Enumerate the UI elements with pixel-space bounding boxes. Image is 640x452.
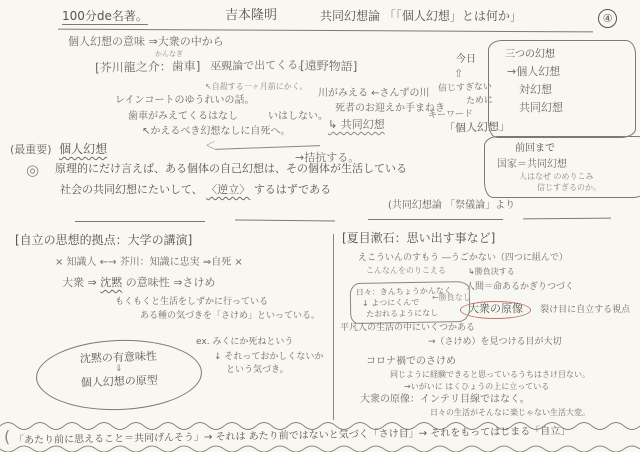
keyword-up-arrow-icon: ⇧ [454, 68, 463, 81]
three-fantasies-title: 三つの幻想 [505, 45, 627, 60]
series-title-text: 100分de名著。 [62, 9, 148, 25]
divider-segment [235, 219, 335, 221]
jiritsu-line4: ある種の気づきを「さけめ」といっている。 [140, 311, 320, 321]
header-underline [58, 29, 593, 33]
previous-episode-line2: 人はなぜ のめりこみ [519, 171, 639, 182]
corona-line2: 同じように経験できると思っているうちはさけ目ない。 [390, 370, 590, 379]
previous-episode-line3: 信じすぎるのか。 [537, 182, 639, 193]
quote-gyakuritsu: 〈逆立〉 [206, 183, 250, 196]
quote-line2c: するはずである [254, 183, 331, 196]
akutagawa-line3: ↖かえるべき幻想なしに自死へ。 [142, 126, 290, 138]
soseki-bubble3: たおれるようになし [366, 307, 464, 320]
jiritsu-line2a: 大衆 ⇒ [62, 276, 97, 289]
three-fantasies-item-3: 共同幻想 [519, 99, 627, 115]
akutagawa-line1: レインコートのゆうれいの話。 [115, 95, 255, 107]
jiritsu-line1: × 知識人 ←→ 芥川：知識に忠実 ⇒自死 × [55, 257, 243, 269]
tono-line3-text: ↳ 共同幻想 [328, 118, 385, 131]
jiritsu-ex2: ↓ それっておかしくないか [214, 352, 323, 362]
soseki-heading: [夏目漱石：思い出す事など] [342, 232, 495, 246]
taishu-genzo-term: 大衆の原像 [460, 301, 531, 319]
tono-line1: 川がみえる ←さんずの川 [318, 88, 430, 100]
three-fantasies-item-1: →個人幻想 [507, 63, 627, 79]
page-title: 共同幻想論 「「個人幻想」とは何か」 [320, 10, 522, 24]
corona-line4: 大衆の原像：インテリ目線ではなく。 [360, 394, 530, 406]
three-fantasies-item-2: 対幻想 [519, 81, 627, 97]
episode-number-text: ④ [598, 9, 617, 28]
left-arrow-line [215, 145, 320, 150]
jiritsu-line3: もくもくと生活をしずかに行っている [115, 297, 268, 307]
soseki-line3: 裂け目に自立する視点 [540, 305, 630, 315]
soseki-line1b: こんなんをのりこえる [366, 266, 446, 275]
soseki-bubble: 日々：きんちょうかんなく ↓ よつにくんで たおれるようになし [350, 281, 471, 324]
jiritsu-line2: 大衆 ⇒ 沈黙 の意味性 ⇒さけめ [62, 277, 215, 290]
conclusion-oval: 沈黙の有意味性 ⇓ 個人幻想の原型 [35, 337, 203, 413]
tono-line3: ↳ 共同幻想 [328, 119, 385, 132]
kojin-label: (最重要) [10, 143, 52, 156]
intro-line: 個人幻想の意味 ⇒大衆の中から [68, 36, 224, 49]
soseki-line4: 平凡人の生活の中にいくつかある [340, 323, 475, 333]
quote-source: (共同幻想論 「祭儀論」より [388, 200, 515, 212]
three-fantasies-box: 三つの幻想 →個人幻想 対幻想 共同幻想 [488, 40, 636, 138]
akutagawa-line2: 歯車がみえてくるはなし [128, 111, 238, 123]
tono-heading: [遠野物語] [300, 60, 358, 75]
episode-number: ④ [598, 8, 617, 28]
divider-segment [75, 221, 205, 222]
jiritsu-ex3: という気づき。 [226, 365, 289, 375]
jiritsu-heading: [自立の思想的拠点：大学の講演] [15, 234, 192, 248]
jiritsu-line2c: の意味性 ⇒さけめ [126, 276, 216, 289]
divider-segment [523, 218, 611, 220]
keyword-line3: キーワード [428, 109, 473, 121]
kojin-label-group: (最重要) 個人幻想 [10, 143, 107, 157]
akutagawa-heading: [芥川龍之介：歯車] 巫覡論で出てくる。 [95, 58, 309, 76]
corona-line1: コロナ禍でのさけめ [366, 356, 456, 368]
previous-episode-line1: 国家＝共同幻想 [497, 155, 639, 170]
quote-line1: 原理的にだけ言えば、ある個体の自己幻想は、その個体が生活している [55, 163, 407, 176]
akutagawa-line2b: いはしない。 [268, 111, 328, 123]
column-divider [333, 234, 334, 420]
keyword-today: 今日 [456, 54, 476, 66]
soseki-line5: →（さけめ）を見つける目が大切 [428, 337, 562, 347]
soseki-line2: 人間＝命あるかぎりつづく [466, 282, 574, 292]
previous-episode-box: 前回まで 国家＝共同幻想 人はなぜ のめりこみ 信じすぎるのか。 [484, 136, 640, 198]
left-arrow-glyph: ＜ [205, 140, 216, 153]
author-name: 吉本隆明 [225, 9, 277, 24]
jiritsu-ex1: ex. みくにか死ねという [196, 337, 293, 347]
series-title: 100分de名著。 [62, 10, 148, 24]
akutagawa-heading-text: [芥川龍之介：歯車] [95, 59, 201, 75]
furigana-note: かんなぎ [155, 50, 183, 58]
kojin-term: 個人幻想 [59, 142, 107, 156]
jiritsu-chinmoku: 沈黙 [100, 276, 122, 289]
corona-line3: →いがいに はくひょうの上に立っている [404, 382, 549, 391]
quote-line2: 社会の共同幻想にたいして、 〈逆立〉 するはずである [60, 184, 331, 197]
previous-episode-title: 前回まで [515, 139, 639, 154]
divider-segment [368, 219, 503, 220]
soseki-line1: えこういんのすもう ―うごかない（四つに組んで） [358, 253, 568, 263]
akutagawa-fugeki-text: 巫覡論で出てくる。 [210, 58, 309, 73]
handwritten-notes-page: 100分de名著。 吉本隆明 共同幻想論 「「個人幻想」とは何か」 ④ 個人幻想… [0, 0, 640, 452]
akutagawa-note: ↖自殺する一ヶ月前にかく。 [205, 82, 308, 91]
taishu-genzo-group: 大衆の原像 裂け目に自立する視点 [460, 298, 630, 319]
quote-line2a: 社会の共同幻想にたいして、 [60, 183, 203, 196]
keyword-line1: 信じすぎない [438, 82, 492, 94]
squiggle-separator-bottom [0, 444, 640, 452]
spiral-mark-icon: ◎ [26, 162, 39, 179]
soseki-line1c: ↳勝負決する [468, 267, 515, 276]
corona-line5: 日々の生活がそんなに楽じゃない生活大変。 [430, 408, 590, 417]
